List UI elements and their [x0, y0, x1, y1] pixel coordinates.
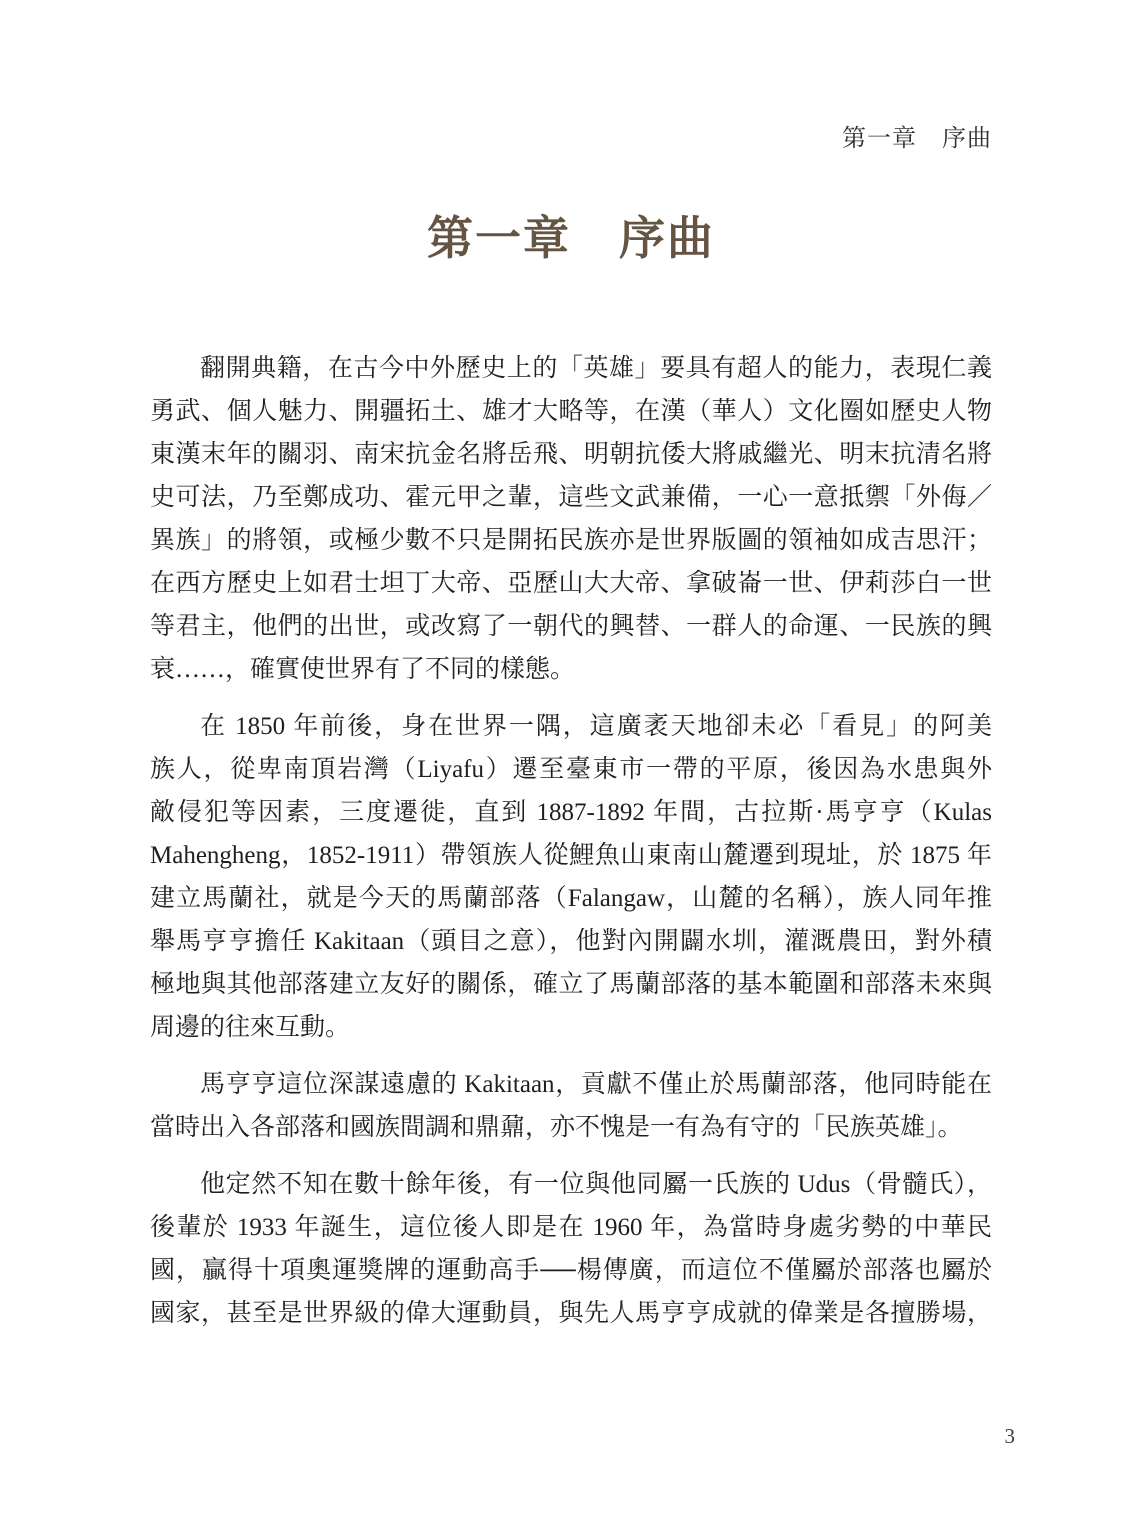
text-line: 族人，從卑南頂岩灣（Liyafu）遷至臺東市一帶的平原，後因為水患與外 [150, 748, 992, 791]
body-text: 翻開典籍，在古今中外歷史上的「英雄」要具有超人的能力，表現仁義勇武、個人魅力、開… [150, 347, 992, 1335]
text-line: 等君主，他們的出世，或改寫了一朝代的興替、一群人的命運、一民族的興 [150, 605, 992, 648]
text-line: 在西方歷史上如君士坦丁大帝、亞歷山大大帝、拿破崙一世、伊莉莎白一世 [150, 562, 992, 605]
text-line: 敵侵犯等因素，三度遷徙，直到 1887-1892 年間，古拉斯·馬亨亨（Kula… [150, 791, 992, 834]
text-line: 建立馬蘭社，就是今天的馬蘭部落（Falangaw，山麓的名稱），族人同年推 [150, 877, 992, 920]
page-content: 第一章 序曲 第一章 序曲 翻開典籍，在古今中外歷史上的「英雄」要具有超人的能力… [0, 124, 1122, 1335]
text-line: 國，贏得十項奧運獎牌的運動高手──楊傳廣，而這位不僅屬於部落也屬於 [150, 1249, 992, 1292]
text-line: 後輩於 1933 年誕生，這位後人即是在 1960 年，為當時身處劣勢的中華民 [150, 1206, 992, 1249]
text-line: 史可法，乃至鄭成功、霍元甲之輩，這些文武兼備，一心一意抵禦「外侮／ [150, 476, 992, 519]
text-line: 馬亨亨這位深謀遠慮的 Kakitaan，貢獻不僅止於馬蘭部落，他同時能在 [150, 1063, 992, 1106]
text-line: 舉馬亨亨擔任 Kakitaan（頭目之意），他對內開闢水圳，灌溉農田，對外積 [150, 920, 992, 963]
text-line: 翻開典籍，在古今中外歷史上的「英雄」要具有超人的能力，表現仁義 [150, 347, 992, 390]
chapter-title: 第一章 序曲 [150, 212, 992, 265]
paragraph: 翻開典籍，在古今中外歷史上的「英雄」要具有超人的能力，表現仁義勇武、個人魅力、開… [150, 347, 992, 691]
text-line: 當時出入各部落和國族間調和鼎鼐，亦不愧是一有為有守的「民族英雄」。 [150, 1106, 992, 1149]
paragraph: 在 1850 年前後，身在世界一隅，這廣袤天地卻未必「看見」的阿美族人，從卑南頂… [150, 705, 992, 1049]
text-line: Mahengheng，1852-1911）帶領族人從鯉魚山東南山麓遷到現址，於 … [150, 834, 992, 877]
page-number: 3 [1005, 1424, 1016, 1449]
running-header: 第一章 序曲 [150, 124, 992, 154]
text-line: 極地與其他部落建立友好的關係，確立了馬蘭部落的基本範圍和部落未來與 [150, 963, 992, 1006]
paragraph: 馬亨亨這位深謀遠慮的 Kakitaan，貢獻不僅止於馬蘭部落，他同時能在當時出入… [150, 1063, 992, 1149]
text-line: 在 1850 年前後，身在世界一隅，這廣袤天地卻未必「看見」的阿美 [150, 705, 992, 748]
text-line: 他定然不知在數十餘年後，有一位與他同屬一氏族的 Udus（骨髓氏）， [150, 1163, 992, 1206]
text-line: 周邊的往來互動。 [150, 1006, 992, 1049]
text-line: 國家，甚至是世界級的偉大運動員，與先人馬亨亨成就的偉業是各擅勝場， [150, 1292, 992, 1335]
book-page: 第一章 序曲 第一章 序曲 翻開典籍，在古今中外歷史上的「英雄」要具有超人的能力… [0, 0, 1122, 1535]
paragraph: 他定然不知在數十餘年後，有一位與他同屬一氏族的 Udus（骨髓氏），後輩於 19… [150, 1163, 992, 1335]
text-line: 衰……，確實使世界有了不同的樣態。 [150, 648, 992, 691]
text-line: 勇武、個人魅力、開疆拓土、雄才大略等，在漢（華人）文化圈如歷史人物 [150, 390, 992, 433]
text-line: 異族」的將領，或極少數不只是開拓民族亦是世界版圖的領袖如成吉思汗； [150, 519, 992, 562]
text-line: 東漢末年的關羽、南宋抗金名將岳飛、明朝抗倭大將戚繼光、明末抗清名將 [150, 433, 992, 476]
